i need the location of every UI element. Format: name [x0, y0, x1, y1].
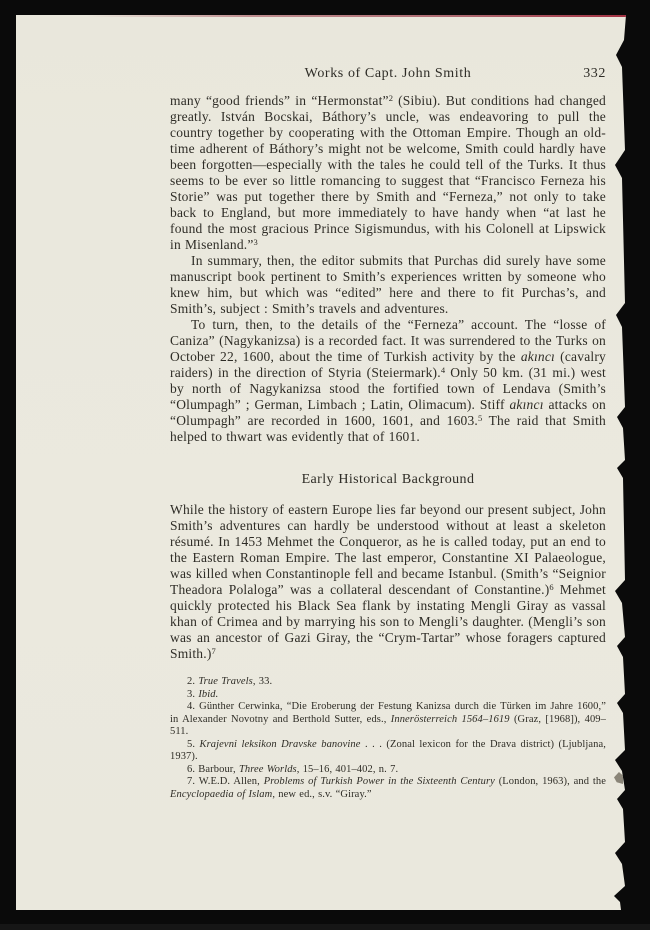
paragraph: To turn, then, to the details of the “Fe…	[170, 317, 606, 445]
italic-text: Problems of Turkish Power in the Sixteen…	[264, 776, 495, 787]
italic-text: akıncı	[521, 349, 555, 364]
text-run: While the history of eastern Europe lies…	[170, 502, 606, 597]
footnote: 3. Ibid.	[170, 689, 606, 702]
italic-text: akıncı	[509, 397, 543, 412]
paragraph-group-historical-background: While the history of eastern Europe lies…	[170, 502, 606, 662]
running-head: Works of Capt. John Smith 332	[170, 65, 606, 83]
scanner-bed-edge	[0, 924, 650, 930]
section-heading: Early Historical Background	[170, 471, 606, 488]
footnote: 7. W.E.D. Allen, Problems of Turkish Pow…	[170, 776, 606, 801]
italic-text: Three Worlds	[239, 764, 297, 775]
folio-page-number: 332	[583, 65, 606, 83]
text-run: 2.	[187, 676, 198, 687]
text-run: In summary, then, the editor submits tha…	[170, 253, 606, 316]
text-run: many “good friends” in “Hermonstat”	[170, 93, 389, 108]
footnote: 4. Günther Cerwinka, “Die Eroberung der …	[170, 701, 606, 739]
text-run: , 15–16, 401–402, n. 7.	[297, 764, 398, 775]
footnote-marker: 7	[212, 646, 216, 656]
running-head-title: Works of Capt. John Smith	[305, 66, 472, 81]
paragraph: In summary, then, the editor submits tha…	[170, 253, 606, 317]
text-run: 7. W.E.D. Allen,	[187, 776, 264, 787]
italic-text: Krajevni leksikon Dravske banovine	[200, 739, 361, 750]
footnote: 6. Barbour, Three Worlds, 15–16, 401–402…	[170, 764, 606, 777]
paragraph: While the history of eastern Europe lies…	[170, 502, 606, 662]
footnotes-block: 2. True Travels, 33.3. Ibid.4. Günther C…	[170, 676, 606, 801]
paragraph-group-ferneza: many “good friends” in “Hermonstat”2 (Si…	[170, 93, 606, 445]
italic-text: Ibid.	[198, 689, 218, 700]
text-run: 6. Barbour,	[187, 764, 239, 775]
body-text: many “good friends” in “Hermonstat”2 (Si…	[170, 93, 606, 801]
text-run: , new ed., s.v. “Giray.”	[272, 789, 371, 800]
text-run: 5.	[187, 739, 200, 750]
text-run: (Sibiu). But conditions had changed grea…	[170, 93, 606, 252]
italic-text: True Travels	[198, 676, 253, 687]
italic-text: Innerösterreich 1564–1619	[391, 714, 510, 725]
italic-text: Encyclopaedia of Islam	[170, 789, 272, 800]
footnote-marker: 3	[254, 237, 258, 247]
text-run: , 33.	[253, 676, 272, 687]
text-run: 3.	[187, 689, 198, 700]
footnote: 5. Krajevni leksikon Dravske banovine . …	[170, 739, 606, 764]
text-column: Works of Capt. John Smith 332 many “good…	[170, 15, 606, 801]
footnote: 2. True Travels, 33.	[170, 676, 606, 689]
book-page: Works of Capt. John Smith 332 many “good…	[16, 15, 628, 910]
text-run: (London, 1963), and the	[495, 776, 606, 787]
paragraph: many “good friends” in “Hermonstat”2 (Si…	[170, 93, 606, 253]
paper-speck	[614, 772, 623, 784]
